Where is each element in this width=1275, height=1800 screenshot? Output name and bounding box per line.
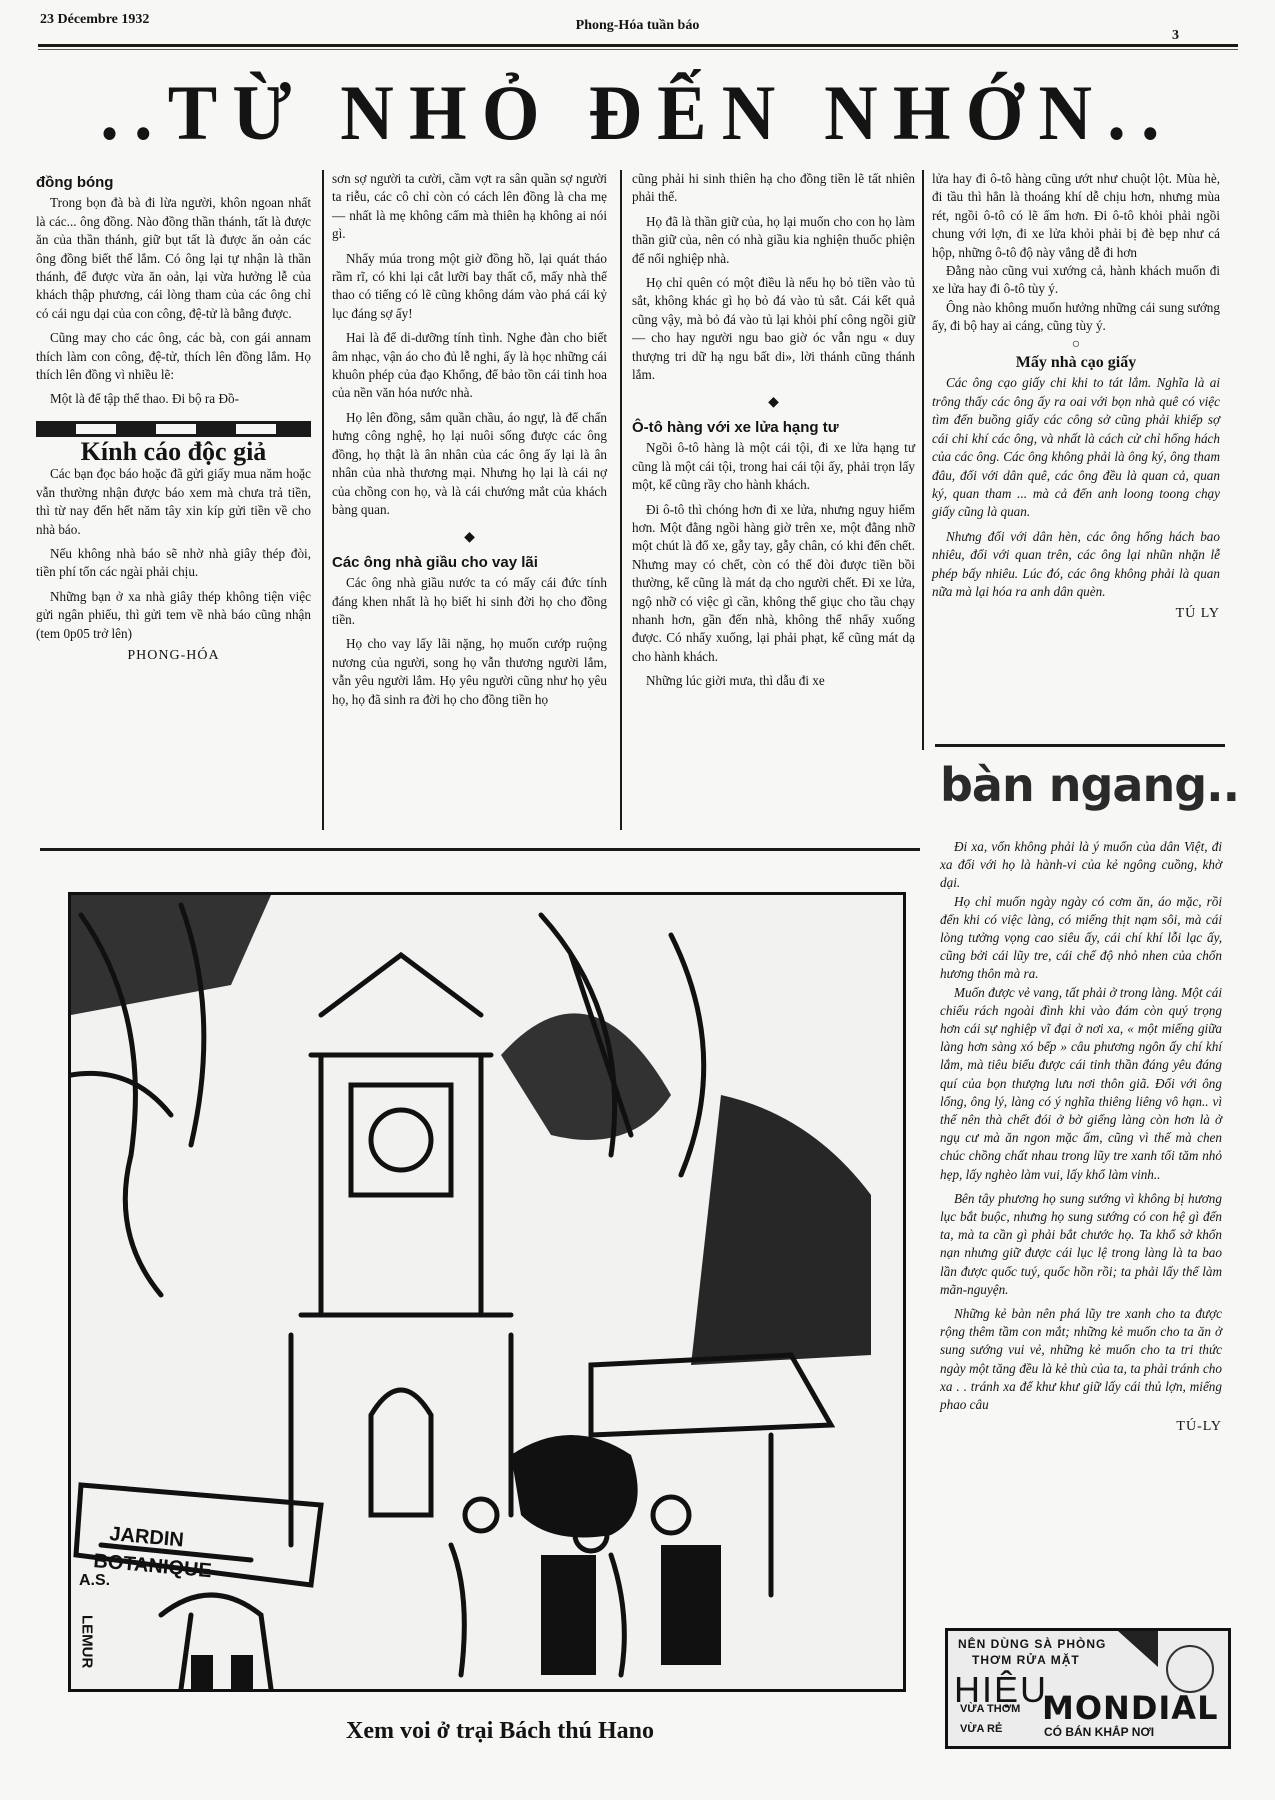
circle-divider-icon: ○ [932,336,1220,354]
author-signature: TÚ LY [932,605,1220,623]
paragraph: Đi xa, vốn không phải là ý muốn của dân … [940,838,1222,893]
section-title-nha-giau: Các ông nhà giầu cho vay lãi [332,554,607,572]
header-rule-thin [38,49,1238,50]
section-rule [40,848,920,851]
column-3: cũng phải hi sinh thiên hạ cho đồng tiền… [632,170,915,691]
ad-line: VỪA RẺ [960,1723,1002,1735]
soap-advertisement: NÊN DÙNG SÀ PHÒNG THƠM RỬA MẶT HIỆU VỪA … [945,1628,1231,1749]
artist-line2: LEMUR [79,1615,96,1668]
ban-ngang-column: Đi xa, vốn không phải là ý muốn của dân … [940,838,1222,1437]
paragraph: cũng phải hi sinh thiên hạ cho đồng tiền… [632,170,915,207]
paragraph: Đi ô-tô thì chóng hơn đi xe lửa, nhưng n… [632,501,915,667]
section-title-o-to-hang: Ô-tô hàng với xe lửa hạng tư [632,419,915,437]
paragraph: Họ chỉ quên có một điều là nếu họ bỏ tiề… [632,274,915,384]
paragraph: Đằng nào cũng vui xướng cả, hành khách m… [932,262,1220,299]
paragraph: Họ đã là thần giữ của, họ lại muốn cho c… [632,213,915,268]
paragraph: lửa hay đi ô-tô hàng cũng ướt như chuột … [932,170,1220,262]
paragraph: Cũng may cho các ông, các bà, con gái an… [36,329,311,384]
notice-title: Kính cáo độc giả [36,443,311,461]
artist-line1: A.S. [79,1572,110,1589]
paragraph: Những kẻ bàn nên phá lũy tre xanh cho ta… [940,1305,1222,1414]
ban-ngang-top-rule [935,744,1225,747]
paragraph: Ông nào không muốn hưởng những cái sung … [932,299,1220,336]
paragraph: Họ chỉ muốn ngày ngày có cơm ăn, áo mặc,… [940,893,1222,984]
ban-ngang-title: bàn ngang.. [940,758,1239,812]
illustration-caption: Xem voi ở trại Bách thú Hano [0,1718,1000,1745]
ad-brand: MONDIAL [1042,1689,1218,1727]
woodcut-illustration-icon: JARDIN BOTANIQUE A.S. LEMUR [71,895,903,1689]
paragraph: Các bạn đọc báo hoặc đã gửi giấy mua năm… [36,465,311,539]
paragraph: Ngồi ô-tô hàng là một cái tội, đi xe lửa… [632,439,915,494]
column-divider [620,170,622,830]
ad-line: CÓ BÁN KHẮP NƠI [1044,1725,1154,1739]
paragraph: Những bạn ở xa nhà giây thép không tiện … [36,588,311,643]
ad-line: NÊN DÙNG SÀ PHÒNG [958,1637,1106,1651]
ad-line: VỪA THƠM [960,1703,1020,1715]
paragraph: Trong bọn đà bà đi lừa người, khôn ngoan… [36,194,311,323]
column-4: lửa hay đi ô-tô hàng cũng ướt như chuột … [932,170,1220,624]
banner-title: ..TỪ NHỎ ĐẾN NHỚN.. [32,74,1243,152]
paragraph: Các ông nhà giầu nước ta có mấy cái đức … [332,574,607,629]
section-title-cao-giay: Mấy nhà cạo giấy [932,354,1220,372]
paragraph: Hai là để di-dưỡng tính tình. Nghe đàn c… [332,329,607,403]
notice-signature: PHONG-HÓA [36,647,311,665]
column-divider [322,170,324,830]
column-2: sơn sợ người ta cười, cầm vợt ra sân quầ… [332,170,607,709]
header-rule [38,44,1238,47]
paragraph: Nếu không nhà báo sẽ nhờ nhà giây thép đ… [36,545,311,582]
paragraph: Nhẩy múa trong một giờ đồng hồ, lại quát… [332,250,607,324]
author-signature: TÚ-LY [940,1418,1222,1436]
paragraph: Bên tây phương họ sung sướng vì không bị… [940,1190,1222,1299]
diamond-divider-icon: ◆ [632,394,915,412]
paragraph: Một là để tập thể thao. Đi bộ ra Đồ- [36,390,311,408]
column-divider [922,170,924,750]
decorative-divider [36,421,311,437]
column-1: đồng bóng Trong bọn đà bà đi lừa người, … [36,170,311,665]
paragraph: Nhưng đối với dân hèn, các ông hống hách… [932,528,1220,602]
paragraph: Muốn được vẻ vang, tất phải ở trong làng… [940,984,1222,1184]
seal-icon [1166,1645,1214,1693]
ad-corner-decoration [1118,1631,1158,1667]
paragraph: Những lúc giời mưa, thì dẫu đi xe [632,672,915,690]
paragraph: Họ cho vay lấy lãi nặng, họ muốn cướp ru… [332,635,607,709]
illustration-elephant-scene: JARDIN BOTANIQUE A.S. LEMUR [68,892,906,1692]
section-title-dong-bong: đồng bóng [36,174,311,192]
paragraph: Họ lên đồng, sắm quần chầu, áo ngự, là đ… [332,409,607,519]
ad-line: THƠM RỬA MẶT [972,1653,1080,1667]
diamond-divider-icon: ◆ [332,529,607,547]
page-number: 3 [1172,28,1179,44]
paragraph: Các ông cạo giấy chi khi to tát lắm. Ngh… [932,374,1220,521]
paragraph: sơn sợ người ta cười, cầm vợt ra sân quầ… [332,170,607,244]
publication-name: Phong-Hóa tuần báo [0,18,1275,34]
